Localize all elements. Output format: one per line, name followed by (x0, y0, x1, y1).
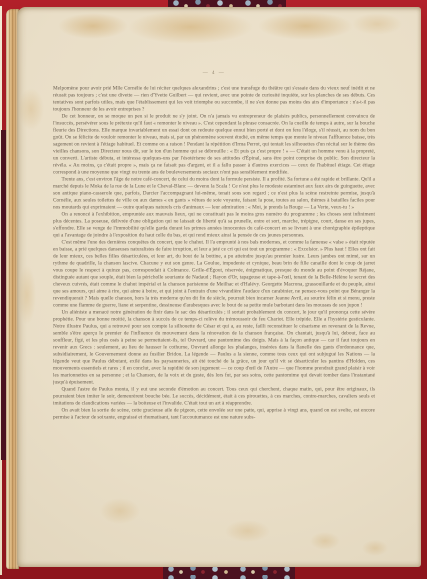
foxing-stain (18, 88, 44, 130)
paragraph: On avait bien la sortie de scène, cette … (53, 407, 375, 421)
paragraph: Quand l'astre de Paulus monta, il y eut … (53, 386, 375, 407)
foxing-stain (362, 540, 388, 556)
foxing-stain (100, 498, 140, 524)
foxing-stain (352, 13, 402, 35)
page-number: — 4 — (53, 70, 375, 82)
book-photo: — 4 — Melpomène pour avoir prié Mlle Cor… (0, 0, 427, 579)
page-text: Melpomène pour avoir prié Mlle Cornélie … (53, 85, 375, 495)
foxing-stain (310, 532, 340, 550)
paragraph: C'est même l'une des dernières conquêtes… (53, 239, 375, 309)
foxing-stain (128, 10, 253, 44)
paragraph: Melpomène pour avoir prié Mlle Cornélie … (53, 85, 375, 113)
paragraph: On a renoncé à l'exhibition, empruntée a… (53, 211, 375, 239)
foxing-stain (225, 520, 270, 542)
paragraph: Trente ans, c'est environ l'âge de notre… (53, 176, 375, 211)
foxing-stain (18, 265, 36, 325)
foxing-stain (58, 13, 128, 39)
page-number-text: — 4 — (53, 70, 375, 76)
marbled-endpaper-bottom (163, 566, 295, 579)
paragraph: De cet honneur, on se moque un peu si le… (53, 113, 375, 176)
paragraph: Un aliéniste a menacé notre génération d… (53, 309, 375, 386)
foxing-stain (258, 12, 353, 40)
book-page: — 4 — Melpomène pour avoir prié Mlle Cor… (17, 7, 421, 567)
